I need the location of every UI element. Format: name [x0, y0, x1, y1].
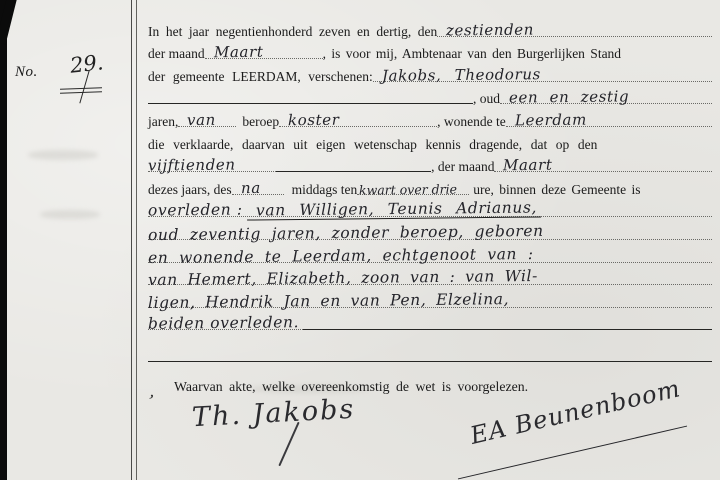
act-line-4: , oud een en zestig — [148, 86, 712, 109]
printed-text: , oud — [473, 91, 500, 107]
printed-text: der maand — [148, 46, 205, 62]
act-line-5: jaren, van beroep koster , wonende te Le… — [148, 108, 712, 131]
bleed-through-smudge — [28, 150, 98, 160]
margin-rule — [131, 0, 132, 480]
handwritten-death-month: Maart — [494, 156, 557, 175]
act-closing-rule — [148, 343, 712, 366]
act-line-9: overleden :van Willigen, Teunis Adrianus… — [148, 199, 712, 222]
act-line-2: der maand Maart , is voor mij, Ambtenaar… — [148, 41, 712, 64]
form-field-death-month: Maart — [494, 156, 712, 172]
crossed-out-blank — [303, 329, 712, 330]
handwritten-month: Maart — [205, 43, 268, 62]
form-field: van — [178, 111, 236, 127]
form-field-hour: kwart over drie — [357, 182, 469, 195]
printed-text: , der maand — [431, 159, 494, 175]
death-certificate-scan: No. 29. In het jaar negentienhonderd zev… — [0, 0, 720, 480]
handwritten-age: een en zestig — [500, 88, 633, 107]
scan-left-edge — [0, 0, 7, 480]
printed-text: beroep — [236, 114, 279, 130]
printed-text: , is voor mij, Ambtenaar van den Burgerl… — [323, 46, 621, 62]
handwritten-line: overleden :van Willigen, Teunis Adrianus… — [148, 200, 712, 217]
handwritten-text: beiden overleden. — [148, 314, 303, 334]
printed-text: der gemeente LEERDAM, verschenen: — [148, 69, 373, 85]
act-line-13: ligen, Hendrik Jan en van Pen, Elzelina, — [148, 289, 712, 312]
act-line-8: dezes jaars, des na middags ten kwart ov… — [148, 176, 712, 199]
printed-text: , wonende te — [437, 114, 506, 130]
handwritten-parents-names: ligen, Hendrik Jan en van Pen, Elzelina, — [148, 290, 513, 312]
act-line-3: der gemeente LEERDAM, verschenen: Jakobs… — [148, 63, 712, 86]
printed-text: jaren, — [148, 114, 178, 130]
crossed-out-blank — [276, 171, 431, 172]
handwritten-line: en wonende te Leerdam, echtgenoot van : — [148, 247, 712, 263]
handwritten-text: oud zeventig jaren, zonder beroep, gebor… — [148, 222, 548, 244]
form-field-residence: Leerdam — [506, 111, 712, 127]
act-line-11: en wonende te Leerdam, echtgenoot van : — [148, 244, 712, 267]
handwritten-word: van — [178, 111, 220, 129]
handwritten-line: oud zeventig jaren, zonder beroep, gebor… — [148, 224, 712, 240]
printed-text: dezes jaars, des — [148, 182, 232, 198]
handwritten-line: van Hemert, Elizabeth, zoon van : van Wi… — [148, 269, 712, 285]
act-line-14: beiden overleden. — [148, 312, 712, 335]
declarant-signature: Th. Jakobs — [191, 394, 356, 434]
crossed-out-blank — [148, 103, 473, 104]
handwritten-residence: Leerdam — [506, 111, 591, 130]
act-line-12: van Hemert, Elizabeth, zoon van : van Wi… — [148, 267, 712, 290]
handwritten-declarant-name: Jakobs, Theodorus — [373, 65, 545, 85]
form-field-month: Maart — [205, 43, 323, 59]
handwritten-line: beiden overleden. — [148, 314, 303, 330]
crossed-out-blank — [148, 361, 712, 362]
handwritten-overleden: overleden : — [148, 201, 247, 220]
form-field-day: zestienden — [437, 21, 712, 37]
act-line-6: die verklaarde, daarvan uit eigen wetens… — [148, 131, 712, 154]
act-line-1: In het jaar negentienhonderd zeven en de… — [148, 18, 712, 41]
handwritten-text: en wonende te Leerdam, echtgenoot van : — [148, 244, 538, 266]
act-line-10: oud zeventig jaren, zonder beroep, gebor… — [148, 221, 712, 244]
printed-text: In het jaar negentienhonderd zeven en de… — [148, 24, 437, 40]
form-field-ampm: na — [232, 179, 284, 195]
form-field-declarant-name: Jakobs, Theodorus — [373, 66, 712, 82]
printed-text: middags ten — [284, 182, 358, 198]
form-field-age: een en zestig — [500, 88, 712, 104]
handwritten-spouse-name: van Hemert, Elizabeth, zoon van : van Wi… — [148, 267, 542, 289]
act-number-label: No. — [15, 64, 38, 81]
act-line-7: vijftienden , der maand Maart — [148, 154, 712, 177]
printed-text: die verklaarde, daarvan uit eigen wetens… — [148, 137, 597, 153]
act-text-block: In het jaar negentienhonderd zeven en de… — [148, 18, 712, 395]
handwritten-death-day: vijftienden — [148, 156, 240, 175]
handwritten-day: zestienden — [437, 20, 538, 39]
handwritten-line: ligen, Hendrik Jan en van Pen, Elzelina, — [148, 292, 712, 308]
bleed-through-smudge — [40, 210, 100, 219]
handwritten-ampm: na — [232, 179, 265, 197]
handwritten-hour: kwart over drie — [357, 181, 461, 197]
stray-pen-mark: ’ — [143, 390, 155, 412]
handwritten-occupation: koster — [279, 111, 344, 130]
printed-text: ure, binnen deze Gemeente is — [469, 182, 640, 198]
act-number-underline — [60, 87, 102, 89]
form-field-death-day: vijftienden — [148, 156, 276, 172]
margin-rule — [136, 0, 137, 480]
handwritten-deceased-name: van Willigen, Teunis Adrianus, — [247, 199, 541, 221]
form-field-occupation: koster — [279, 111, 437, 127]
